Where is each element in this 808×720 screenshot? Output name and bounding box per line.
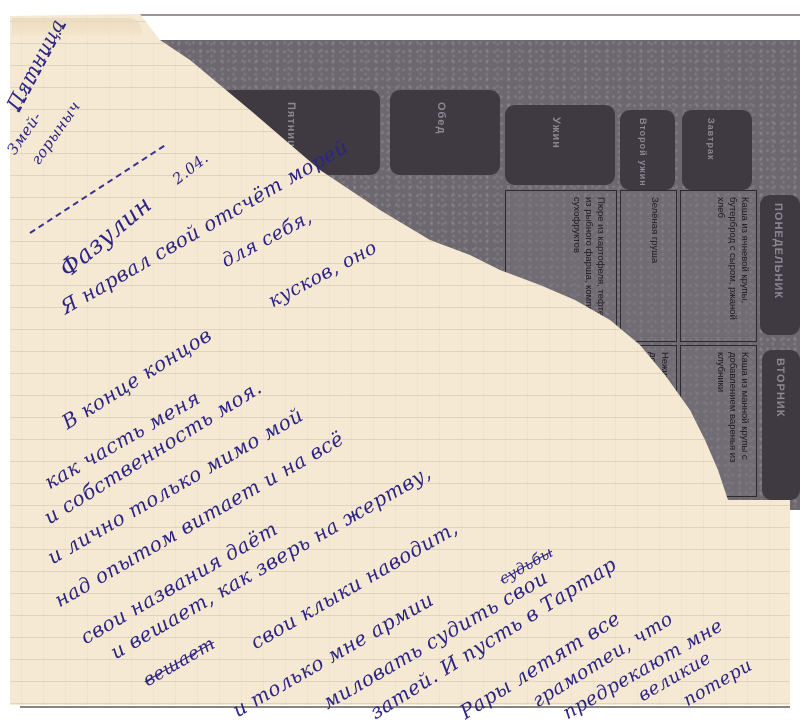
- menu-column-header: Обед: [435, 102, 447, 134]
- menu-item: Каша из манной крупы с добавлением варен…: [714, 352, 750, 492]
- menu-header-block: Обед: [390, 90, 500, 175]
- menu-side-block: ВТОРНИК: [762, 350, 800, 500]
- menu-column-header: Завтрак: [706, 118, 716, 160]
- menu-side-block: ПОНЕДЕЛЬНИК: [760, 195, 800, 335]
- menu-column-header: Второй ужин: [638, 118, 648, 187]
- menu-side-label: ВТОРНИК: [774, 358, 786, 417]
- menu-cell: Зелёная груша: [620, 190, 677, 342]
- scanned-document: Пятница Обед Ужин Второй ужин Завтрак ПО…: [0, 0, 808, 720]
- menu-item: Каша из ячневой крупы, бутерброд с сыром…: [714, 197, 750, 337]
- menu-header-block: Ужин: [505, 105, 615, 185]
- menu-header-block: Завтрак: [682, 110, 752, 190]
- menu-column-header: Ужин: [550, 117, 562, 149]
- menu-side-label: ПОНЕДЕЛЬНИК: [772, 203, 784, 299]
- menu-header-block: Второй ужин: [620, 110, 675, 190]
- menu-cell: Каша из ячневой крупы, бутерброд с сыром…: [680, 190, 757, 342]
- paper-top-edge: [140, 14, 800, 16]
- menu-item: Зелёная груша: [648, 197, 660, 263]
- page-corner-fold: [12, 18, 142, 36]
